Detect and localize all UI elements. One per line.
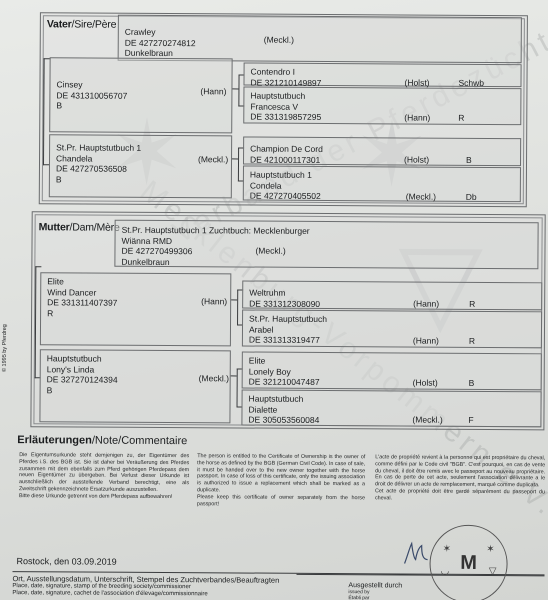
notes-german: Die Eigentumsurkunde steht demjenigen zu…: [19, 452, 189, 501]
sire-dam-dam-box: Hauptstutbuch 1 Condela DE 427270405502 …: [243, 165, 521, 202]
copyright-note: © 1995 by Pferdreg: [2, 324, 8, 372]
dam-dam-sire-box: Elite Lonely Boy DE 321210047487 (Holst)…: [242, 351, 542, 390]
issued-by-fr: Établi par: [348, 596, 369, 600]
dam-dam-box: Hauptstutbuch Lony's Linda DE 3272701243…: [39, 349, 230, 423]
signature-icon: [402, 537, 432, 567]
dam-dam-dam-box: Hauptstutbuch Dialette DE 305053560084 (…: [241, 389, 541, 427]
dam-main-box: St.Pr. Hauptstutbuch 1 Zuchtbuch: Meckle…: [114, 220, 538, 270]
sire-main-box: Crawley DE 427270274812 Dunkelbraun (Mec…: [118, 15, 522, 63]
sire-heading: Vater/Sire/Père: [47, 18, 116, 30]
sire-sire-dam-box: Hauptstutbuch Francesca V DE 33131985729…: [243, 86, 521, 125]
sire-dam-sire-box: Champion De Cord DE 421000117301 (Holst)…: [243, 136, 521, 166]
notes-english: The person is entitled to the Certificat…: [197, 453, 365, 508]
notes-french: L'acte de propriété revient à la personn…: [375, 454, 545, 503]
association-seal-icon: M ✶ ✶ ◡ ▽: [429, 525, 507, 600]
footer-label-fr: Place, date, signature, cachet de l'asso…: [12, 590, 207, 598]
dam-sire-box: Elite Wind Dancer DE 331311407397 R (Han…: [40, 272, 231, 346]
ownership-certificate: Verband der Pferdezüchter Mecklenburg-Vo…: [0, 0, 548, 600]
place-date: Rostock, den 03.09.2019: [17, 556, 117, 567]
sire-breed: (Meckl.): [264, 35, 294, 46]
notes-heading: Erläuterungen/Note/Commentaire: [17, 434, 187, 447]
sire-sire-sire-box: Contendro I DE 321210149897 (Holst) Schw…: [243, 62, 521, 87]
sire-dam-box: St.Pr. Hauptstutbuch 1 Chandela DE 42727…: [49, 134, 232, 198]
sire-sire-box: Cinsey DE 431310056707 B (Hann): [49, 57, 232, 133]
dam-sire-dam-box: St.Pr. Hauptstutbuch Arabel DE 331313319…: [242, 309, 542, 348]
dam-heading: Mutter/Dam/Mère: [39, 221, 120, 233]
dam-sire-sire-box: Weltruhm DE 331312308090 (Hann) R: [242, 280, 542, 310]
